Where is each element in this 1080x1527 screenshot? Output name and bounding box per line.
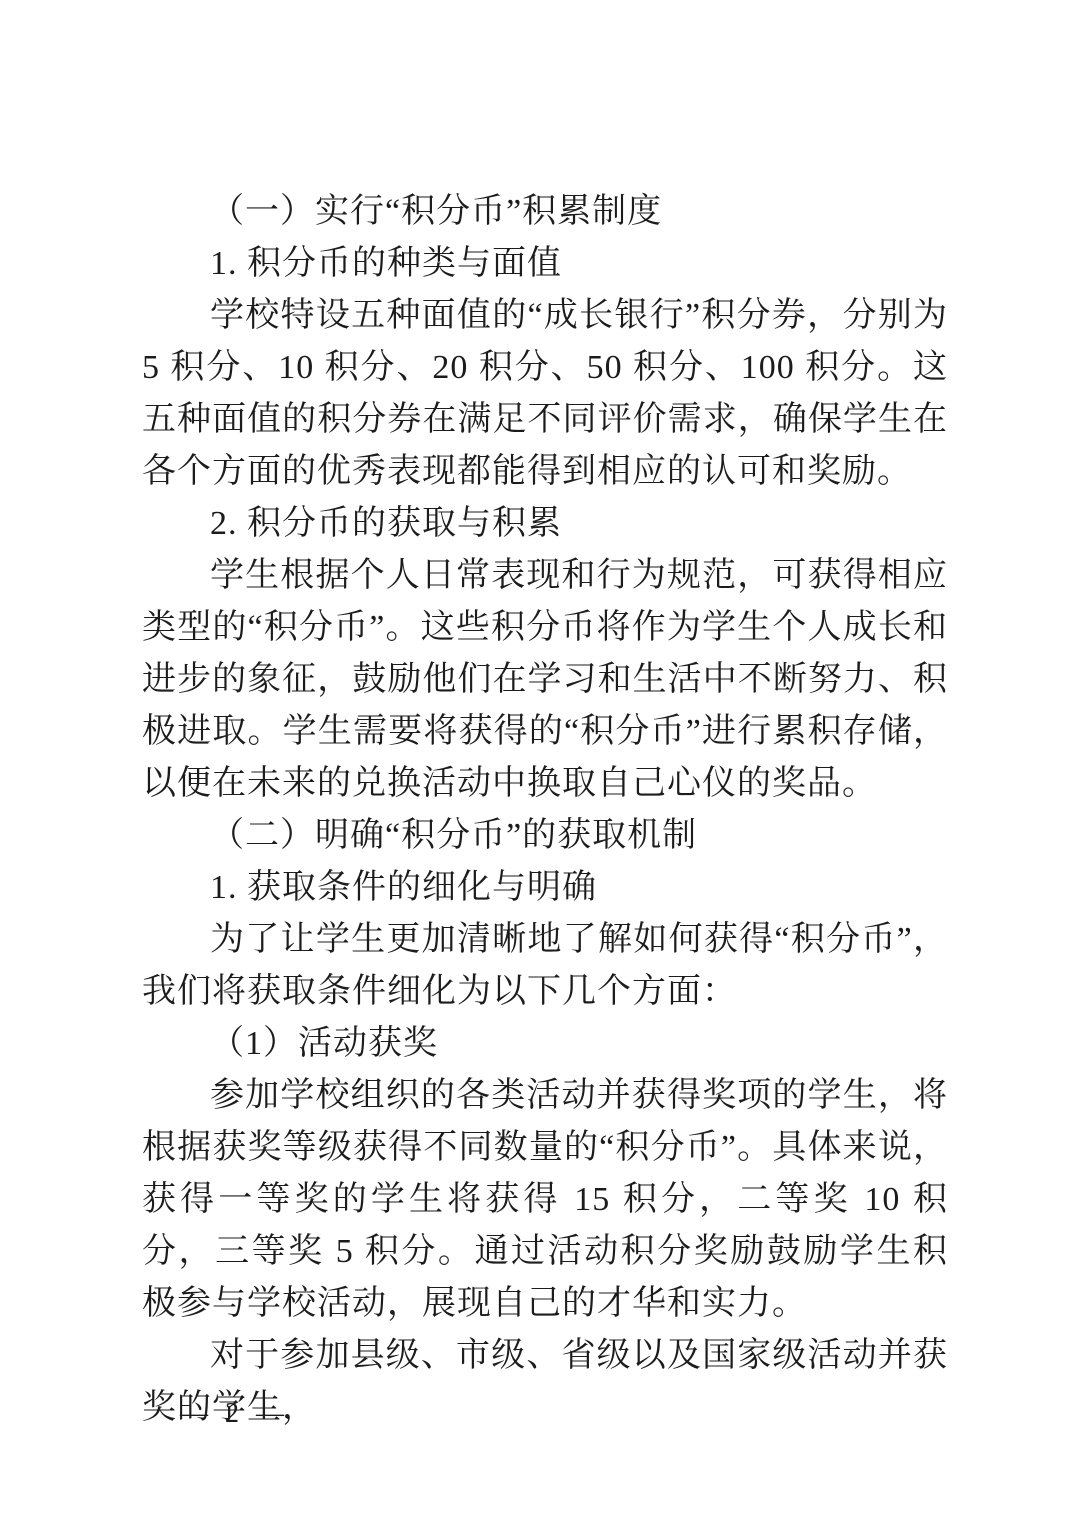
subheading-activity-award: （1）活动获奖: [142, 1018, 948, 1070]
heading-section-2: （二）明确“积分币”的获取机制: [142, 810, 948, 862]
document-page: （一）实行“积分币”积累制度 1. 积分币的种类与面值 学校特设五种面值的“成长…: [0, 0, 1080, 1527]
heading-section-1: （一）实行“积分币”积累制度: [142, 186, 948, 238]
paragraph-coin-denominations: 学校特设五种面值的“成长银行”积分券，分别为 5 积分、10 积分、20 积分、…: [142, 290, 948, 498]
paragraph-conditions-intro: 为了让学生更加清晰地了解如何获得“积分币”，我们将获取条件细化为以下几个方面：: [142, 914, 948, 1018]
paragraph-activity-award-detail: 参加学校组织的各类活动并获得奖项的学生，将根据获奖等级获得不同数量的“积分币”。…: [142, 1070, 948, 1330]
subheading-2-1-conditions: 1. 获取条件的细化与明确: [142, 862, 948, 914]
document-body: （一）实行“积分币”积累制度 1. 积分币的种类与面值 学校特设五种面值的“成长…: [142, 186, 948, 1434]
paragraph-coin-acquisition-detail: 学生根据个人日常表现和行为规范，可获得相应类型的“积分币”。这些积分币将作为学生…: [142, 550, 948, 810]
page-number: — 2 —: [180, 1398, 289, 1430]
subheading-1-1-coin-types: 1. 积分币的种类与面值: [142, 238, 948, 290]
subheading-1-2-coin-acquisition: 2. 积分币的获取与积累: [142, 498, 948, 550]
